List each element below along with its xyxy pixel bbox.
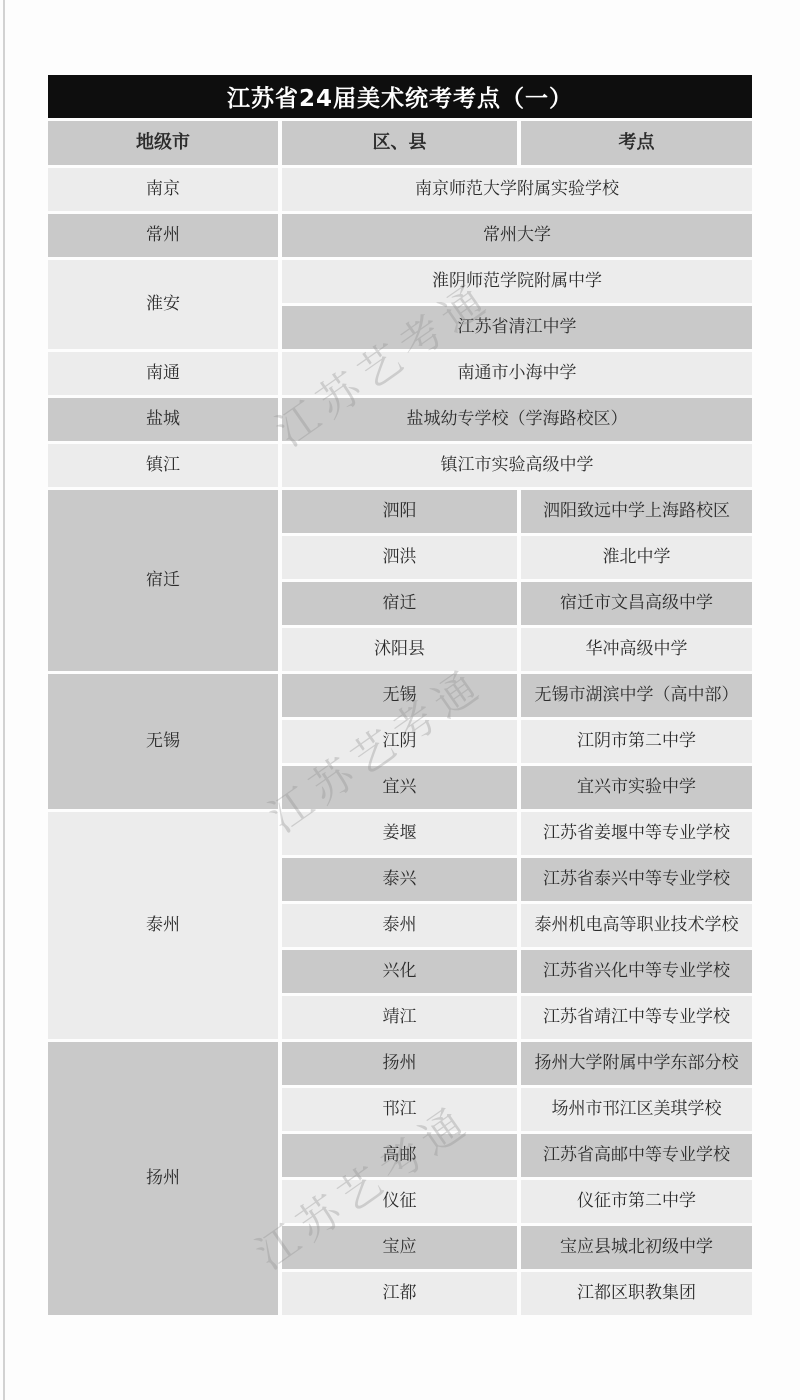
district-cell: 姜堰	[282, 812, 517, 855]
venue-cell: 无锡市湖滨中学（高中部）	[521, 674, 752, 717]
venue-cell: 华冲高级中学	[521, 628, 752, 671]
venue-cell: 江苏省泰兴中等专业学校	[521, 858, 752, 901]
city-cell: 南通	[48, 352, 278, 395]
district-cell: 泰州	[282, 904, 517, 947]
venue-cell: 江苏省高邮中等专业学校	[521, 1134, 752, 1177]
district-cell: 泗洪	[282, 536, 517, 579]
city-cell: 无锡	[48, 674, 278, 809]
district-cell: 无锡	[282, 674, 517, 717]
page-edge-artifact	[3, 0, 5, 1400]
venue-cell: 江苏省兴化中等专业学校	[521, 950, 752, 993]
venue-cell: 江苏省姜堰中等专业学校	[521, 812, 752, 855]
district-cell: 扬州	[282, 1042, 517, 1085]
venue-cell: 仪征市第二中学	[521, 1180, 752, 1223]
venue-cell: 淮北中学	[521, 536, 752, 579]
venue-cell: 镇江市实验高级中学	[282, 444, 752, 487]
exam-sheet: 江苏省24届美术统考考点（一） 地级市 区、县 考点 南京南京师范大学附属实验学…	[48, 75, 752, 1315]
venue-cell: 宝应县城北初级中学	[521, 1226, 752, 1269]
venue-cell: 宜兴市实验中学	[521, 766, 752, 809]
venue-cell: 场州市邗江区美琪学校	[521, 1088, 752, 1131]
venue-cell: 江都区职教集团	[521, 1272, 752, 1315]
column-header-city: 地级市	[48, 121, 278, 165]
district-cell: 江都	[282, 1272, 517, 1315]
column-header-venue: 考点	[521, 121, 752, 165]
district-cell: 泗阳	[282, 490, 517, 533]
city-cell: 常州	[48, 214, 278, 257]
venue-cell: 泰州机电高等职业技术学校	[521, 904, 752, 947]
venue-cell: 泗阳致远中学上海路校区	[521, 490, 752, 533]
city-cell: 扬州	[48, 1042, 278, 1315]
district-cell: 沭阳县	[282, 628, 517, 671]
venue-cell: 盐城幼专学校（学海路校区）	[282, 398, 752, 441]
city-cell: 南京	[48, 168, 278, 211]
city-cell: 盐城	[48, 398, 278, 441]
district-cell: 江阴	[282, 720, 517, 763]
city-cell: 泰州	[48, 812, 278, 1039]
venue-cell: 常州大学	[282, 214, 752, 257]
table-title: 江苏省24届美术统考考点（一）	[48, 75, 752, 118]
venue-cell: 扬州大学附属中学东部分校	[521, 1042, 752, 1085]
venue-cell: 江阴市第二中学	[521, 720, 752, 763]
district-cell: 高邮	[282, 1134, 517, 1177]
venue-cell: 南京师范大学附属实验学校	[282, 168, 752, 211]
district-cell: 泰兴	[282, 858, 517, 901]
district-cell: 仪征	[282, 1180, 517, 1223]
district-cell: 邗江	[282, 1088, 517, 1131]
venue-cell: 江苏省靖江中等专业学校	[521, 996, 752, 1039]
exam-table: 地级市 区、县 考点 南京南京师范大学附属实验学校常州常州大学淮安淮阴师范学院附…	[48, 121, 752, 1315]
venue-cell: 南通市小海中学	[282, 352, 752, 395]
venue-cell: 宿迁市文昌高级中学	[521, 582, 752, 625]
district-cell: 宜兴	[282, 766, 517, 809]
district-cell: 宿迁	[282, 582, 517, 625]
city-cell: 宿迁	[48, 490, 278, 671]
venue-cell: 淮阴师范学院附属中学	[282, 260, 752, 303]
venue-cell: 江苏省清江中学	[282, 306, 752, 349]
district-cell: 靖江	[282, 996, 517, 1039]
city-cell: 镇江	[48, 444, 278, 487]
column-header-district: 区、县	[282, 121, 517, 165]
district-cell: 宝应	[282, 1226, 517, 1269]
district-cell: 兴化	[282, 950, 517, 993]
city-cell: 淮安	[48, 260, 278, 349]
